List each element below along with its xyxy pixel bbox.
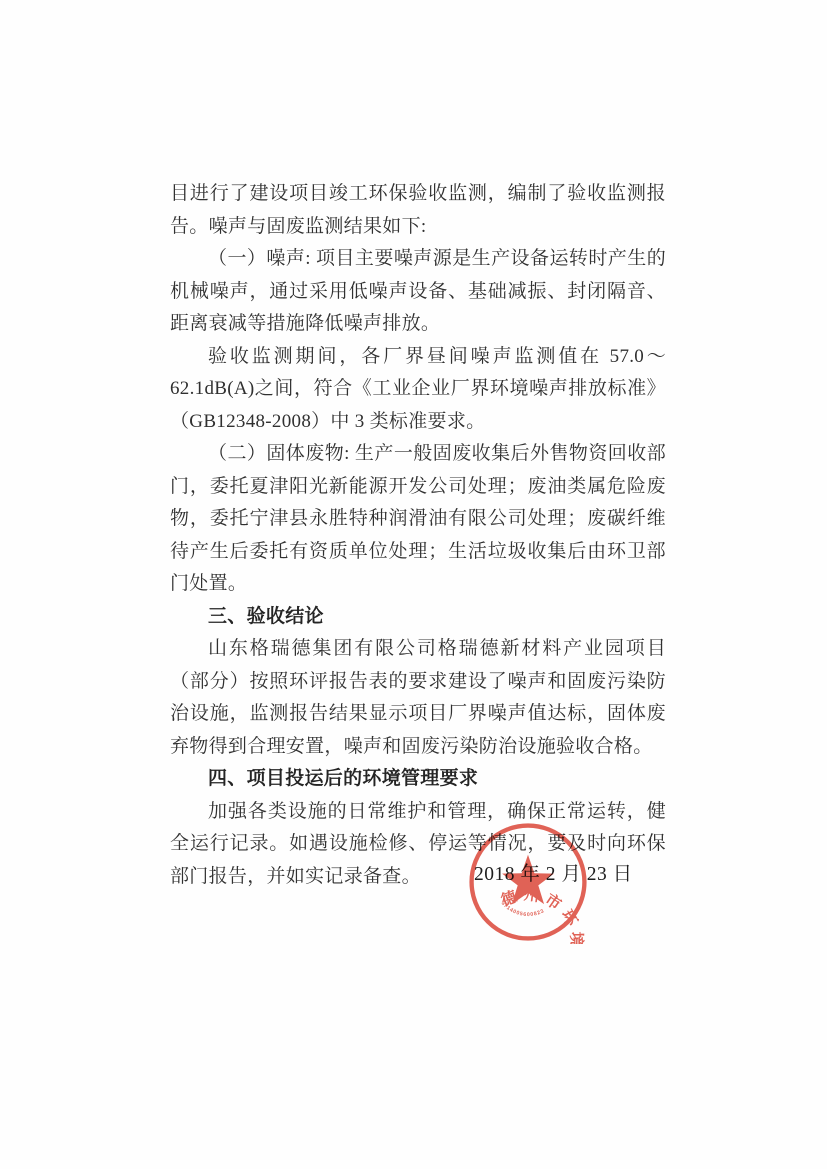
paragraph-noise-monitoring: 验收监测期间，各厂界昼间噪声监测值在 57.0～62.1dB(A)之间，符合《工… (170, 341, 666, 439)
official-seal: 德州市环境保护直属分局 3714005600823 (466, 820, 590, 944)
paragraph-conclusion: 山东格瑞德集团有限公司格瑞德新材料产业园项目（部分）按照环评报告表的要求建设了噪… (170, 633, 666, 763)
document-body: 目进行了建设项目竣工环保验收监测，编制了验收监测报告。噪声与固废监测结果如下: … (170, 178, 666, 893)
section-heading-acceptance-conclusion: 三、验收结论 (170, 601, 666, 634)
document-page: 目进行了建设项目竣工环保验收监测，编制了验收监测报告。噪声与固废监测结果如下: … (0, 0, 827, 1169)
paragraph-continuation: 目进行了建设项目竣工环保验收监测，编制了验收监测报告。噪声与固废监测结果如下: (170, 178, 666, 243)
paragraph-noise: （一）噪声: 项目主要噪声源是生产设备运转时产生的机械噪声，通过采用低噪声设备、… (170, 243, 666, 341)
paragraph-solid-waste: （二）固体废物: 生产一般固废收集后外售物资回收部门，委托夏津阳光新能源开发公司… (170, 438, 666, 601)
section-heading-environment-management: 四、项目投运后的环境管理要求 (170, 763, 666, 796)
